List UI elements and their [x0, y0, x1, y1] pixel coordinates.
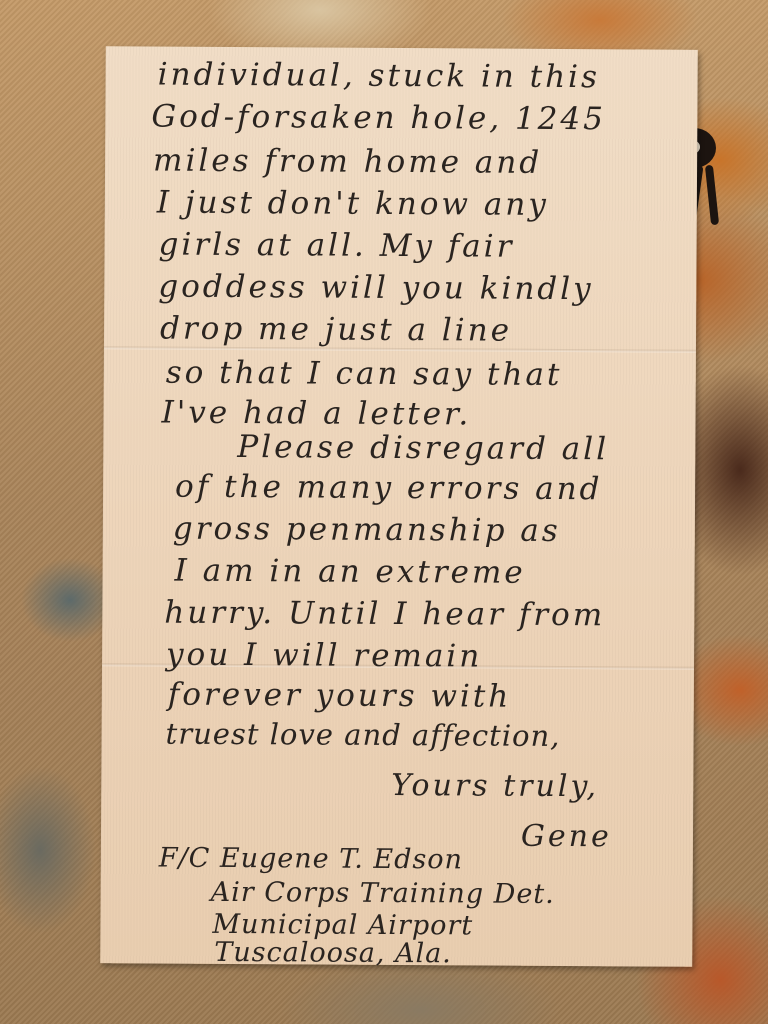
letter-line: you I will remain	[166, 637, 482, 675]
letter-line: truest love and affection,	[166, 717, 561, 753]
letter-line: I just don't know any	[157, 185, 549, 223]
letter-line: goddess will you kindly	[158, 269, 593, 308]
letter-line: hurry. Until I hear from	[164, 595, 605, 634]
letter-line: I am in an extreme	[174, 553, 525, 591]
signature: Gene	[521, 819, 612, 855]
letter-line: individual, stuck in this	[158, 57, 601, 96]
letter-line: Please disregard all	[237, 429, 609, 467]
letter-line: of the many errors and	[175, 469, 603, 508]
letter-line: miles from home and	[153, 142, 542, 180]
letter-line: girls at all. My fair	[158, 227, 514, 265]
letter-line: so that I can say that	[166, 355, 563, 393]
letter-line: gross penmanship as	[173, 511, 561, 549]
return-address-line: F/C Eugene T. Edson	[159, 843, 463, 876]
return-address-line: Air Corps Training Det.	[211, 877, 555, 910]
return-address-line: Tuscaloosa, Ala.	[214, 937, 452, 969]
letter-closing: Yours truly,	[391, 768, 599, 804]
handwritten-letter-page: individual, stuck in this God-forsaken h…	[100, 46, 698, 967]
letter-line: forever yours with	[168, 677, 512, 715]
letter-line: I've had a letter.	[161, 395, 471, 433]
letter-line: drop me just a line	[160, 311, 512, 349]
letter-line: God-forsaken hole, 1245	[151, 98, 606, 137]
